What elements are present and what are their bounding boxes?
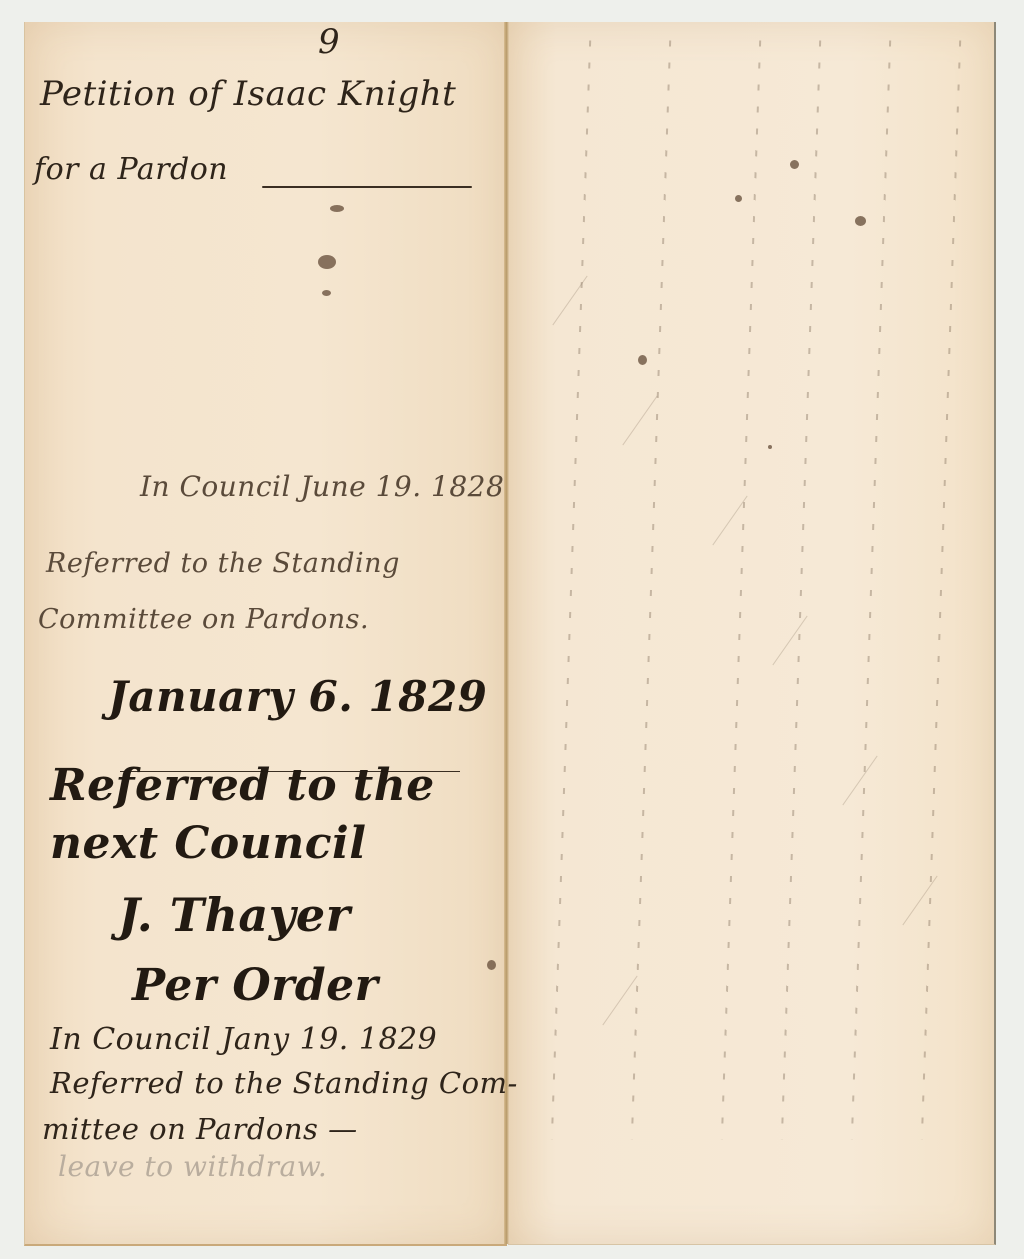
folio-number: 9 (318, 22, 340, 62)
entry-2-signature: J. Thayer (118, 888, 350, 942)
entry-2-line-2: Referred to the (50, 760, 435, 811)
title-underline (262, 186, 472, 188)
entry-2-line-1: January 6. 1829 (108, 672, 487, 721)
entry-3-line-3: mittee on Pardons — (42, 1112, 358, 1146)
docket-title-line-1: Petition of Isaac Knight (40, 74, 456, 114)
entry-2-line-3: next Council (50, 818, 366, 869)
entry-3-line-2: Referred to the Standing Com- (50, 1066, 518, 1100)
entry-1-line-1: In Council June 19. 1828 (140, 470, 504, 503)
entry-1-line-3: Committee on Pardons. (38, 604, 369, 635)
entry-2-per-order: Per Order (132, 960, 378, 1011)
paper-fold-crease (504, 22, 509, 1244)
docket-title-line-2: for a Pardon (34, 152, 228, 187)
entry-3-line-1: In Council Jany 19. 1829 (50, 1022, 437, 1057)
entry-1-line-2: Referred to the Standing (46, 548, 400, 579)
pencil-note: leave to withdraw. (58, 1150, 327, 1183)
